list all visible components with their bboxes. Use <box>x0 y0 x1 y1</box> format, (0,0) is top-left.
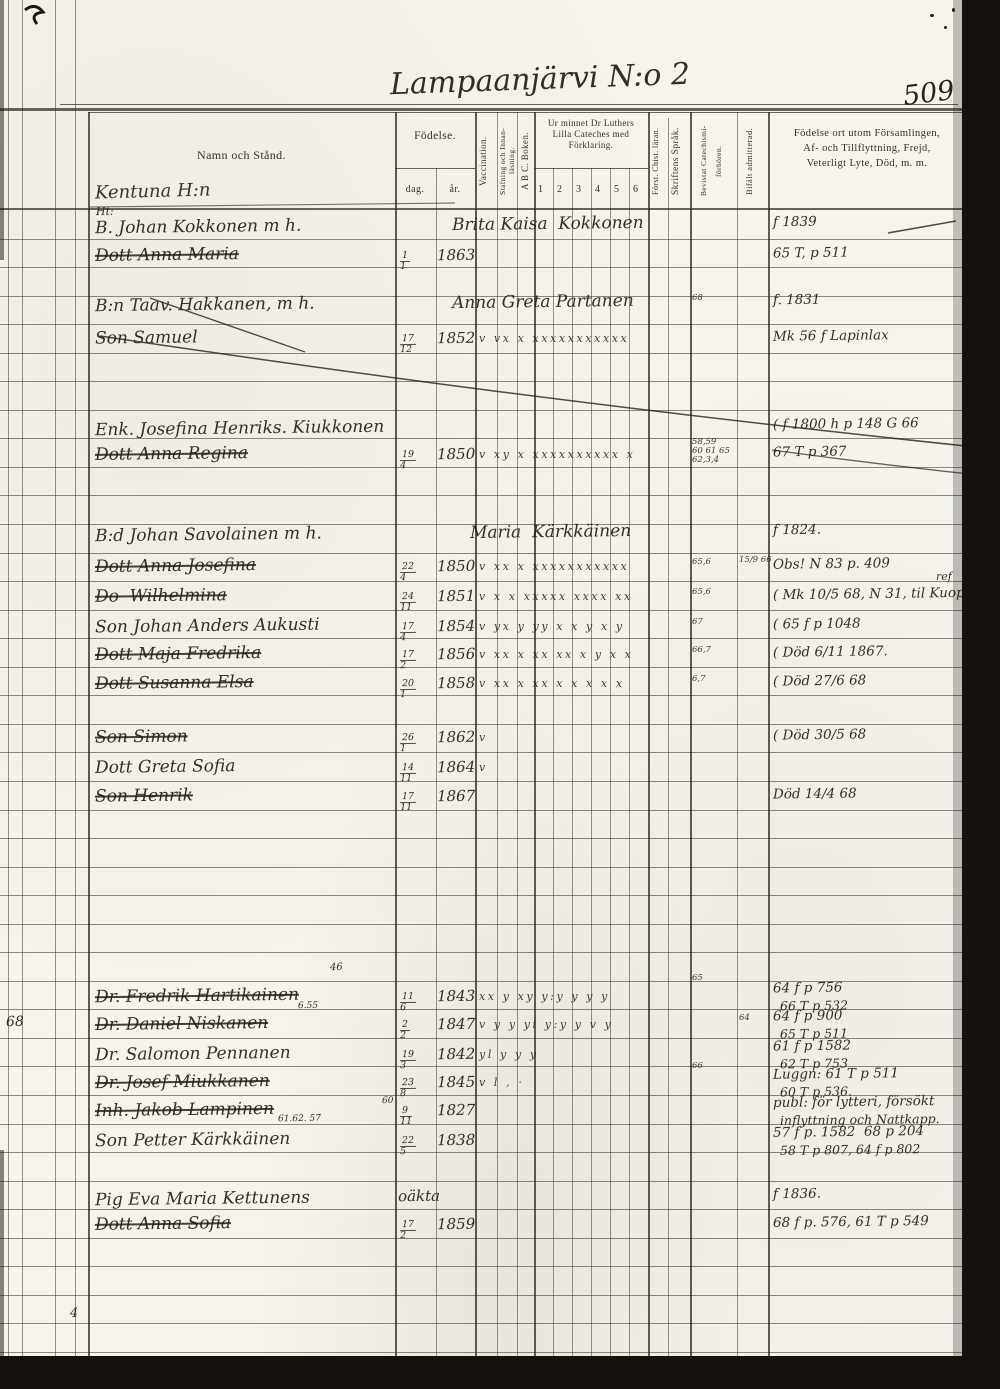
entry-birth-day: 224 <box>400 562 416 583</box>
entry-note: 57 f p. 1582 68 p 204 <box>773 1123 924 1141</box>
entry-exam-marks: v xx x xx x x x x x <box>479 677 625 690</box>
scan-edge-left-bottom <box>0 1150 4 1356</box>
header-cateches-2: 2 <box>557 184 568 195</box>
header-namn-och-stand: Namn och Stånd. <box>88 148 395 163</box>
ruled-line <box>0 610 963 611</box>
ruled-line <box>0 895 963 896</box>
ruled-line <box>0 867 963 868</box>
header-cateches-5: 5 <box>614 184 625 195</box>
ruled-line <box>0 638 963 639</box>
entry-spouse-name: Anna Greta Partanen <box>452 291 634 313</box>
entry-note: publ: för lytteri, försökt <box>773 1093 935 1111</box>
table-rule <box>534 168 648 169</box>
page-number: 509 <box>901 75 956 112</box>
entry-name: Dott Greta Sofia <box>95 756 236 778</box>
entry-exam-marks: v xx x xxxxxxxxxxx <box>479 560 629 573</box>
entry-note: ( Död 30/5 68 <box>773 726 866 743</box>
entry-birth-day: 238 <box>400 1078 416 1099</box>
entry-name: Dr. Fredrik Hartikainen <box>95 985 299 1007</box>
entry-birth-year: 1863 <box>437 246 475 264</box>
entry-birth-year: 1850 <box>437 445 475 463</box>
table-rule <box>395 168 475 169</box>
ruled-line <box>0 410 963 411</box>
header-skriftens-sprak: Skriftens Språk. <box>671 116 681 206</box>
entry-birth-year: 1847 <box>437 1015 475 1033</box>
header-fodelse: Födelse. <box>395 130 475 142</box>
header-bevistat-line2: förhören. <box>714 116 723 206</box>
entry-attendance-years: 58,59 60 61 65 62,3,4 <box>692 438 730 465</box>
margin-note: 6.55 <box>298 1001 318 1011</box>
header-cateches-4: 4 <box>595 184 606 195</box>
entry-exam-marks: v vx x xxxxxxxxxxx <box>479 332 629 345</box>
header-cateches-1: 1 <box>538 184 549 195</box>
entry-birth-day: 116 <box>400 992 416 1013</box>
entry-name: Dott Anna Josefina <box>95 555 256 577</box>
ruled-line <box>0 695 963 696</box>
entry-birth-day: 1411 <box>400 763 416 784</box>
entry-birth-day: 911 <box>400 1106 412 1127</box>
scan-edge-bottom <box>0 1356 1000 1389</box>
village-heading: Kentuna H:n <box>95 179 211 203</box>
header-anmarkningar: Födelse ort utom Församlingen, Af- och T… <box>771 126 963 171</box>
entry-birth-day-cell: 22 <box>400 1012 410 1041</box>
entry-name: B:n Taav. Hakkanen, m h. <box>95 288 785 316</box>
entry-attendance-years: 65,6 <box>692 588 711 597</box>
entry-note: f 1836. <box>773 1186 821 1203</box>
entry-name: Dott Anna Maria <box>95 244 239 266</box>
entry-name: Dr. Salomon Pennanen <box>95 1043 291 1065</box>
ruled-line <box>0 924 963 925</box>
ruled-line <box>0 267 963 268</box>
entry-birth-day-cell: 201 <box>400 671 416 700</box>
entry-birth-day: 1712 <box>400 334 416 355</box>
entry-birth-day-cell: 261 <box>400 725 416 754</box>
entry-name: Dott Anna Regina <box>95 443 248 465</box>
entry-birth-day: 1711 <box>400 792 416 813</box>
entry-birth-day: 11 <box>400 251 410 272</box>
ruled-line <box>0 1266 963 1267</box>
scan-edge-right-shadow <box>953 0 962 1389</box>
entry-birth-year: 1827 <box>437 1101 475 1119</box>
table-rule <box>0 208 963 210</box>
table-rule <box>88 112 963 113</box>
header-vaccination: Vaccination. <box>478 116 488 206</box>
entry-exam-marks: v xy x xxxxxxxxxx x <box>479 448 635 461</box>
entry-birth-day-cell: 911 <box>400 1098 412 1127</box>
entry-birth-day-cell: 174 <box>400 614 416 643</box>
entry-note: Luggn: 61 T p 511 <box>773 1065 899 1083</box>
entry-exam-marks: v x x xxxxx xxxx xx <box>479 590 633 603</box>
entry-attendance-years: 66,7 <box>692 646 711 655</box>
entry-attendance-years: 65,6 <box>692 558 711 567</box>
header-bevistat-line1: Bevistat Catechismi- <box>699 116 708 206</box>
entry-birth-day-cell: 1411 <box>400 755 416 784</box>
entry-birth-year: 1852 <box>437 329 475 347</box>
ruled-line <box>0 724 963 725</box>
ruled-line <box>0 752 963 753</box>
margin-note: Ht: <box>96 205 114 218</box>
entry-birth-day-cell: 1712 <box>400 326 416 355</box>
entry-birth-day-cell: 225 <box>400 1128 416 1157</box>
entry-admitted: 64 <box>739 1014 750 1023</box>
heading-underline-stroke <box>90 203 455 207</box>
margin-note: 60 <box>382 1096 394 1106</box>
header-cateches: Ur minnet Dr Luthers Lilla Cateches med … <box>536 118 646 151</box>
entry-name: Do Wilhelmina <box>95 585 227 607</box>
entry-exam-marks: yl y y y <box>479 1048 539 1061</box>
entry-name: Dott Anna Sofia <box>95 1213 231 1235</box>
ruled-line <box>0 1238 963 1239</box>
entry-birth-day-cell: 2411 <box>400 584 416 613</box>
ruled-line <box>0 667 963 668</box>
entry-attendance-years: 68 <box>692 294 703 303</box>
entry-note: ( 65 f p 1048 <box>773 615 861 632</box>
entry-day-text: oäkta <box>398 1187 440 1206</box>
entry-note: 67 T p 367 <box>773 444 847 461</box>
entry-birth-year: 1864 <box>437 758 475 776</box>
margin-note: ref <box>936 570 952 583</box>
entry-birth-day: 174 <box>400 622 416 643</box>
scan-speck <box>930 14 934 17</box>
entry-attendance-years: 67 <box>692 618 703 627</box>
header-dag: dag. <box>396 184 434 195</box>
entry-spouse-name: Maria Kärkkäinen <box>470 521 631 543</box>
entry-birth-day-cell: 172 <box>400 1212 416 1241</box>
entry-birth-day: 201 <box>400 679 416 700</box>
entry-birth-year: 1867 <box>437 787 475 805</box>
column-line <box>610 168 611 1356</box>
entry-spouse-name: Brita Kaisa Kokkonen <box>452 213 644 235</box>
entry-note: 65 T, p 511 <box>773 245 849 262</box>
entry-birth-year: 1838 <box>437 1131 475 1149</box>
entry-birth-day-cell: 116 <box>400 984 416 1013</box>
header-stafning-line1: Stafning och Innan- <box>498 116 507 206</box>
margin-note: 4 <box>70 1306 78 1321</box>
header-bifalt-admitterad: Bifält admitterad. <box>744 116 754 206</box>
ruled-line <box>0 838 963 839</box>
entry-birth-day-cell: 11 <box>400 243 410 272</box>
entry-name: Inh. Jakob Lampinen <box>95 1099 274 1121</box>
scan-speck <box>944 26 947 29</box>
header-ar: år. <box>437 184 473 195</box>
header-stafning-line2: läsning. <box>507 116 516 206</box>
entry-birth-year: 1858 <box>437 674 475 692</box>
entry-birth-day-cell: 193 <box>400 1042 416 1071</box>
entry-birth-day: 194 <box>400 450 416 471</box>
entry-exam-marks: v <box>479 731 488 744</box>
entry-birth-day: 2411 <box>400 592 416 613</box>
entry-birth-day: 22 <box>400 1020 410 1041</box>
ruled-line <box>0 781 963 782</box>
corner-scribble <box>25 6 43 24</box>
entry-note: ( Död 6/11 1867. <box>773 643 888 660</box>
entry-name: Son Simon <box>95 726 188 747</box>
ruled-line <box>0 467 963 468</box>
dash-after-1839 <box>888 221 956 233</box>
entry-note: f 1839 <box>773 214 817 231</box>
entry-name: Dott Susanna Elsa <box>95 672 254 694</box>
entry-birth-day: 225 <box>400 1136 416 1157</box>
entry-birth-year: 1843 <box>437 987 475 1005</box>
entry-note: 64 f p 900 <box>773 1008 843 1025</box>
header-abc-boken: A B C. Boken. <box>520 116 530 206</box>
entry-note: Död 14/4 68 <box>773 785 857 802</box>
entry-exam-marks: v xx x xx xx x y x x <box>479 648 633 661</box>
entry-birth-day-cell: 238 <box>400 1070 416 1099</box>
column-line <box>88 112 90 1356</box>
entry-attendance-years: 66 <box>692 1062 703 1071</box>
ruled-line <box>0 1352 963 1353</box>
entry-attendance-years: 65 <box>692 974 703 983</box>
table-rule <box>0 108 963 111</box>
entry-birth-year: 1845 <box>437 1073 475 1091</box>
scanned-ledger-page: Lampaanjärvi N:o 2 509 Kentuna H:n Namn … <box>0 0 1000 1389</box>
ruled-line <box>0 810 963 811</box>
entry-name: Dr. Daniel Niskanen <box>95 1013 268 1035</box>
entry-birth-day-cell: 172 <box>400 642 416 671</box>
entry-birth-day: 172 <box>400 650 416 671</box>
ruled-line <box>0 581 963 582</box>
entry-name: B. Johan Kokkonen m h. <box>95 210 785 238</box>
margin-note: 46 <box>330 962 343 973</box>
entry-note: 61 f p 1582 <box>773 1038 851 1055</box>
entry-birth-day-cell: 224 <box>400 554 416 583</box>
ruled-line <box>0 553 963 554</box>
entry-exam-marks: v y y yi y:y y v y <box>479 1018 613 1031</box>
table-rule <box>60 104 958 105</box>
column-line <box>572 168 573 1356</box>
scan-edge-right <box>962 0 1000 1389</box>
entry-birth-year: 1854 <box>437 617 475 635</box>
entry-name: Dr. Josef Miukkanen <box>95 1071 270 1093</box>
entry-note: f. 1831 <box>773 292 821 309</box>
entry-note: ( Död 27/6 68 <box>773 672 866 689</box>
header-cateches-3: 3 <box>576 184 587 195</box>
ruled-line <box>0 324 963 325</box>
entry-birth-year: 1842 <box>437 1045 475 1063</box>
scan-speck <box>952 8 955 12</box>
scan-edge-left-top <box>0 0 4 260</box>
column-line <box>629 168 630 1356</box>
ruled-line <box>0 1295 963 1296</box>
entry-note: ( f 1800 h p 148 G 66 <box>773 415 919 433</box>
ruled-line <box>0 1323 963 1324</box>
entry-birth-day-cell: 194 <box>400 442 416 471</box>
ruled-line <box>0 353 963 354</box>
entry-note: ( Mk 10/5 68, N 31, til Kuopio <box>773 585 977 603</box>
header-forst-christ-laran: Först. Chist. läran. <box>651 116 660 206</box>
entry-attendance-years: 6,7 <box>692 675 706 684</box>
column-line <box>553 168 554 1356</box>
entry-name: B:d Johan Savolainen m h. <box>95 518 785 546</box>
entry-note: f 1824. <box>773 522 821 539</box>
entry-exam-marks: v <box>479 761 488 774</box>
entry-exam-marks: xx y xy y:y y y y <box>479 990 610 1003</box>
margin-note: 61.62. 57 <box>278 1114 321 1125</box>
entry-name: Enk. Josefina Henriks. Kiukkonen <box>95 412 785 440</box>
entry-note-line2: 58 T p 807, 64 f p 802 <box>780 1141 920 1158</box>
ruled-line <box>0 381 963 382</box>
entry-birth-day: 261 <box>400 733 416 754</box>
entry-exam-marks: v yx y yy x x y x y <box>479 620 625 633</box>
ruled-line <box>0 495 963 496</box>
entry-birth-year: 1851 <box>437 587 475 605</box>
ruled-line <box>0 239 963 240</box>
ruled-line <box>0 952 963 953</box>
page-title: Lampaanjärvi N:o 2 <box>359 56 720 104</box>
entry-name: Son Samuel <box>95 327 198 348</box>
entry-note: Obs! N 83 p. 409 <box>773 555 890 572</box>
entry-birth-year: 1862 <box>437 728 475 746</box>
entry-name: Son Johan Anders Aukusti <box>95 615 320 638</box>
entry-birth-year: 1856 <box>437 645 475 663</box>
entry-note: Mk 56 f Lapinlax <box>773 327 889 344</box>
entry-name: Son Henrik <box>95 785 193 806</box>
entry-note: 64 f p 756 <box>773 980 843 997</box>
ruled-line <box>0 1181 963 1182</box>
entry-name: Dott Maja Fredrika <box>95 643 261 665</box>
margin-note: 68 <box>6 1014 24 1030</box>
entry-birth-day: 193 <box>400 1050 416 1071</box>
entry-birth-day-cell: 1711 <box>400 784 416 813</box>
entry-name: Son Petter Kärkkäinen <box>95 1129 291 1151</box>
entry-admitted: 15/9 66 <box>739 556 772 565</box>
entry-exam-marks: v l , · <box>479 1076 524 1089</box>
entry-birth-day: 172 <box>400 1220 416 1241</box>
column-line <box>591 168 592 1356</box>
entry-birth-year: 1850 <box>437 557 475 575</box>
header-cateches-6: 6 <box>633 184 644 195</box>
entry-note: 68 f p. 576, 61 T p 549 <box>773 1213 929 1231</box>
entry-birth-year: 1859 <box>437 1215 475 1233</box>
